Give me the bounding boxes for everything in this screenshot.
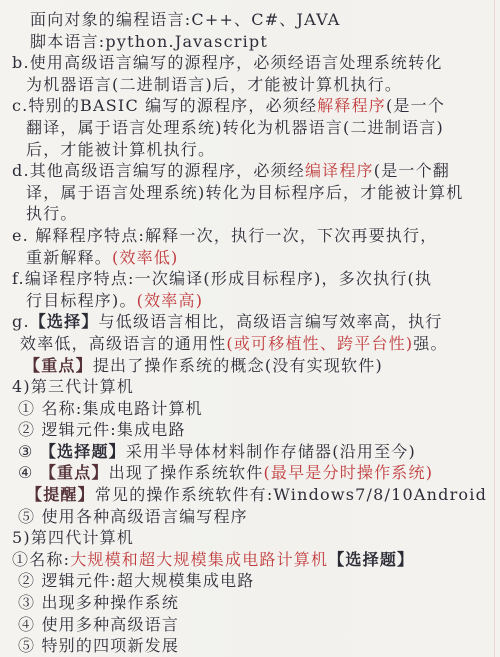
document-line: ② 逻辑元件:集成电路 bbox=[0, 419, 500, 441]
document-line: ③ 出现多种操作系统 bbox=[0, 592, 500, 614]
document-line: ② 逻辑元件:超大规模集成电路 bbox=[0, 570, 500, 592]
text-segment: 5)第四代计算机 bbox=[12, 528, 134, 547]
document-line: 重新解释。(效率低) bbox=[0, 247, 500, 269]
document-line: 5)第四代计算机 bbox=[0, 527, 500, 549]
text-segment: ① 名称:集成电路计算机 bbox=[18, 399, 203, 418]
text-segment: 【选择题】 bbox=[328, 550, 414, 569]
document-line: g.【选择】与低级语言相比，高级语言编写效率高，执行 bbox=[0, 311, 500, 333]
text-segment: 与低级语言相比，高级语言编写效率高，执行 bbox=[99, 312, 443, 331]
text-segment: d.其他高级语言编写的源程序，必须经 bbox=[12, 161, 305, 180]
text-segment: 重新解释。 bbox=[26, 248, 112, 267]
document-line: ①名称:大规模和超大规模集成电路计算机【选择题】 bbox=[0, 549, 500, 571]
text-segment: c.特别的BASIC 编写的源程序，必须经 bbox=[12, 96, 317, 115]
document-line: ④ 使用多种高级语言 bbox=[0, 614, 500, 636]
text-segment: b.使用高级语言编写的源程序，必须经语言处理系统转化 bbox=[12, 53, 443, 72]
text-segment: ② 逻辑元件:集成电路 bbox=[18, 420, 186, 439]
text-segment: ② 逻辑元件:超大规模集成电路 bbox=[18, 571, 254, 590]
text-segment: ①名称: bbox=[12, 550, 70, 569]
text-segment: ⑤ 特别的四项新发展 bbox=[18, 636, 179, 655]
text-segment: 执行。 bbox=[26, 204, 78, 223]
text-segment: 翻译，属于语言处理系统)转化为机器语言(二进制语言) bbox=[26, 118, 444, 137]
document-line: 行目标程序)。(效率高) bbox=[0, 290, 500, 312]
text-segment: 强。 bbox=[413, 334, 447, 353]
text-segment: g. bbox=[12, 312, 30, 331]
document-line: 译，属于语言处理系统)转化为目标程序后，才能被计算机 bbox=[0, 182, 500, 204]
document-line: f.编译程序特点:一次编译(形成目标程序)，多次执行(执 bbox=[0, 268, 500, 290]
text-segment: (或可移植性、跨平台性) bbox=[226, 334, 413, 353]
text-segment: 【重点】 bbox=[24, 356, 93, 375]
page-margin-line bbox=[494, 0, 495, 657]
text-segment: 提出了操作系统的概念(没有实现软件) bbox=[93, 356, 383, 375]
text-segment: 采用半导体材料制作存储器(沿用至今) bbox=[126, 442, 416, 461]
document-line: 【提醒】常见的操作系统软件有:Windows7/8/10Android bbox=[0, 484, 500, 506]
document-line: 为机器语言(二进制语言)后，才能被计算机执行。 bbox=[0, 74, 500, 96]
text-segment: 【重点】 bbox=[40, 463, 109, 482]
document-line: 【重点】提出了操作系统的概念(没有实现软件) bbox=[0, 355, 500, 377]
text-segment: 译，属于语言处理系统)转化为目标程序后，才能被计算机 bbox=[26, 183, 463, 202]
text-segment: ④ 使用多种高级语言 bbox=[18, 615, 179, 634]
text-segment: 编译程序 bbox=[305, 161, 374, 180]
text-segment: f.编译程序特点:一次编译(形成目标程序)，多次执行(执 bbox=[12, 269, 432, 288]
text-segment: 为机器语言(二进制语言)后，才能被计算机执行。 bbox=[26, 75, 402, 94]
text-segment: (是一个翻 bbox=[374, 161, 450, 180]
text-segment: ④ bbox=[18, 463, 40, 482]
document-line: ③ 【选择题】采用半导体材料制作存储器(沿用至今) bbox=[0, 441, 500, 463]
document-line: ① 名称:集成电路计算机 bbox=[0, 398, 500, 420]
text-segment: 4)第三代计算机 bbox=[12, 377, 134, 396]
document-line: 效率低，高级语言的通用性(或可移植性、跨平台性)强。 bbox=[0, 333, 500, 355]
text-segment: 出现了操作系统软件 bbox=[109, 463, 264, 482]
document-line: c.特别的BASIC 编写的源程序，必须经解释程序(是一个 bbox=[0, 95, 500, 117]
document-line: 面向对象的编程语言:C++、C#、JAVA bbox=[0, 9, 500, 31]
text-segment: 解释程序 bbox=[317, 96, 386, 115]
text-segment: (效率高) bbox=[137, 291, 204, 310]
text-segment: ③ bbox=[18, 442, 40, 461]
document-line: 执行。 bbox=[0, 203, 500, 225]
text-segment: 【选择题】 bbox=[40, 442, 126, 461]
text-segment: 面向对象的编程语言:C++、C#、JAVA bbox=[30, 10, 341, 29]
notes-page: 面向对象的编程语言:C++、C#、JAVA脚本语言:python.Javascr… bbox=[0, 0, 500, 657]
document-line: ⑤ 使用各种高级语言编写程序 bbox=[0, 506, 500, 528]
text-segment: 效率低，高级语言的通用性 bbox=[20, 334, 226, 353]
text-segment: ③ 出现多种操作系统 bbox=[18, 593, 179, 612]
text-segment: 常见的操作系统软件有:Windows7/8/10Android bbox=[95, 485, 487, 504]
text-segment: 大规模和超大规模集成电路计算机 bbox=[70, 550, 328, 569]
notes-text-block: 面向对象的编程语言:C++、C#、JAVA脚本语言:python.Javascr… bbox=[0, 9, 500, 657]
text-segment: e. 解释程序特点:解释一次，执行一次，下次再要执行， bbox=[12, 226, 437, 245]
text-segment: 脚本语言:python.Javascript bbox=[30, 32, 268, 51]
text-segment: 后，才能被计算机执行。 bbox=[26, 140, 215, 159]
document-line: b.使用高级语言编写的源程序，必须经语言处理系统转化 bbox=[0, 52, 500, 74]
text-segment: 行目标程序)。 bbox=[26, 291, 137, 310]
document-line: 翻译，属于语言处理系统)转化为机器语言(二进制语言) bbox=[0, 117, 500, 139]
text-segment: 【提醒】 bbox=[26, 485, 95, 504]
text-segment: (效率低) bbox=[112, 248, 179, 267]
document-line: 后，才能被计算机执行。 bbox=[0, 139, 500, 161]
text-segment: 【选择】 bbox=[30, 312, 99, 331]
document-line: ④ 【重点】出现了操作系统软件(最早是分时操作系统) bbox=[0, 462, 500, 484]
text-segment: (是一个 bbox=[386, 96, 445, 115]
text-segment: (最早是分时操作系统) bbox=[263, 463, 433, 482]
document-line: e. 解释程序特点:解释一次，执行一次，下次再要执行， bbox=[0, 225, 500, 247]
text-segment: ⑤ 使用各种高级语言编写程序 bbox=[18, 507, 248, 526]
document-line: d.其他高级语言编写的源程序，必须经编译程序(是一个翻 bbox=[0, 160, 500, 182]
document-line: 4)第三代计算机 bbox=[0, 376, 500, 398]
document-line: ⑤ 特别的四项新发展 bbox=[0, 635, 500, 657]
document-line: 脚本语言:python.Javascript bbox=[0, 31, 500, 53]
